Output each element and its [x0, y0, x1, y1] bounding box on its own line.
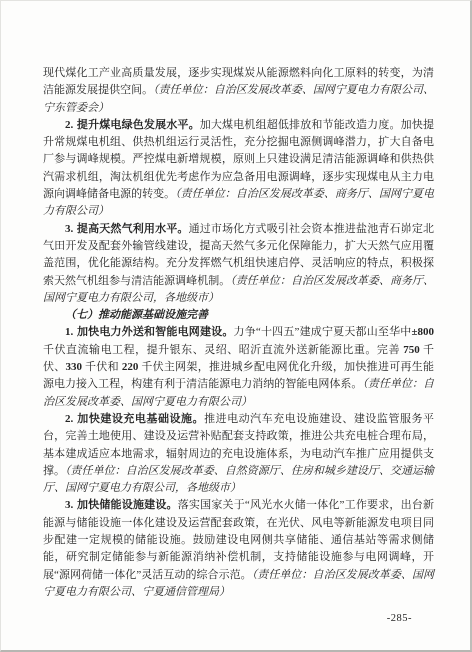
document-page: 现代煤化工产业高质量发展，逐步实现煤炭从能源燃料向化工原料的转变，为清洁能源发展…	[0, 0, 472, 652]
paragraph-coal-chemical-continuation: 现代煤化工产业高质量发展，逐步实现煤炭从能源燃料向化工原料的转变，为清洁能源发展…	[43, 65, 434, 117]
paragraph-1-power-transmission-smart-grid: 1.加快电力外送和智能电网建设。力争“十四五”建成宁夏天都山至华中±800千伏直…	[43, 324, 434, 410]
paragraph-2-coal-power-green-development: 2.提升煤电绿色发展水平。加大煤电机组超低排放和节能改造力度。加快提升常规煤电机…	[43, 117, 434, 221]
body-text: 力争“十四五”建成宁夏天都山至华中	[234, 326, 412, 338]
section-heading-energy-infrastructure: （七）推动能源基础设施完善	[43, 307, 434, 324]
section-heading-text: （七）推动能源基础设施完善	[65, 309, 208, 321]
page-number: -285-	[387, 613, 412, 624]
item-number: 3.	[65, 499, 73, 511]
body-text: 千伏和	[82, 361, 122, 373]
figure-value: 220	[122, 361, 139, 373]
lead-phrase: 加快储能设施建设。	[77, 499, 178, 511]
lead-phrase: 提高天然气利用水平。	[77, 223, 189, 235]
figure-value: 330	[66, 361, 83, 373]
item-number: 2.	[65, 413, 73, 425]
item-number: 1.	[65, 326, 73, 338]
lead-phrase: 加快电力外送和智能电网建设。	[77, 326, 234, 338]
paragraph-3-energy-storage: 3.加快储能设施建设。落实国家关于“风光水火储一体化”工作要求，出台新能源与储能…	[43, 497, 434, 601]
lead-phrase: 提升煤电绿色发展水平。	[77, 119, 200, 131]
paragraph-2-charging-infrastructure: 2.加快建设充电基础设施。推进电动汽车充电设施建设、建设监管服务平台，完善土地使…	[43, 411, 434, 497]
responsible-unit: （责任单位：自治区发展改革委、自然资源厅、住房和城乡建设厅、交通运输厅、国网宁夏…	[43, 465, 434, 494]
paragraph-3-natural-gas-utilization: 3.提高天然气利用水平。通过市场化方式吸引社会资本推进盐池青石峁定北气田开发及配…	[43, 221, 434, 307]
body-text: 千伏直流输电工程，提升银东、灵绍、昭沂直流外送新能源比重。完善	[43, 344, 403, 356]
document-body: 现代煤化工产业高质量发展，逐步实现煤炭从能源燃料向化工原料的转变，为清洁能源发展…	[43, 65, 434, 601]
figure-value: ±800	[411, 326, 434, 338]
item-number: 3.	[65, 223, 73, 235]
figure-value: 750	[403, 344, 420, 356]
item-number: 2.	[65, 119, 73, 131]
lead-phrase: 加快建设充电基础设施。	[77, 413, 204, 425]
